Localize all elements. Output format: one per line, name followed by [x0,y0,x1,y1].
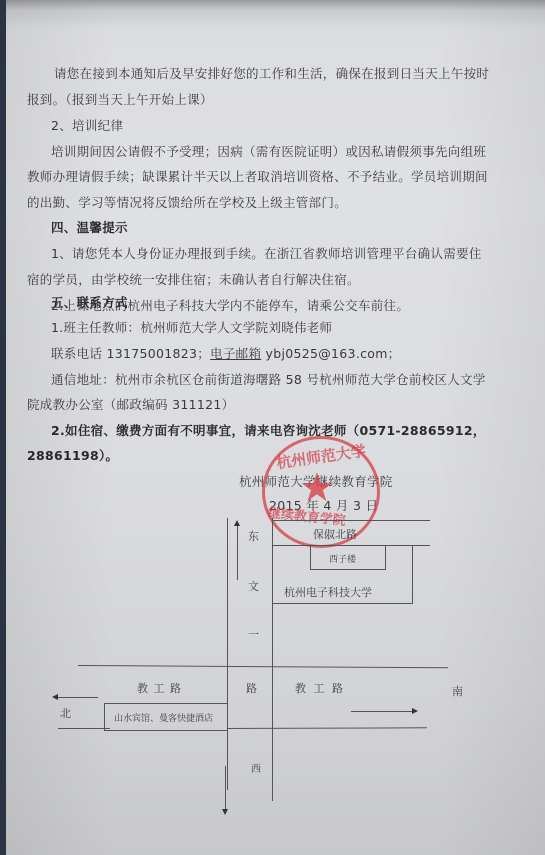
contact-phone-email: 联系电话 13175001823；电子邮箱 ybj0525@163.com； [51,344,400,362]
arrow-south-shaft [351,711,413,712]
contact2-line2: 28861198）。 [27,446,118,464]
road-label-jiaogong-left: 教 工 路 [137,680,182,696]
tip1-line1: 1、请您凭本人身份证办理报到手续。在浙江省教师培训管理平台确认需要住 [51,244,482,262]
paragraph-report-line2: 报到。（报到当天上午开始上课） [27,90,213,108]
contact2-line1: 2.如住宿、缴费方面有不明事宜，请来电咨询沈老师（0571-28865912， [51,421,486,439]
road-line-jiaogong-top [78,665,448,668]
tip1-line2: 宿的学员，由学校统一安排住宿；未确认者自行解决住宿。 [27,270,360,288]
road-char-1: 东 [248,528,259,544]
arrow-down-icon [222,809,228,815]
paragraph-discipline-line1: 培训期间因公请假不予受理；因病（需有医院证明）或因私请假须事先向组班 [51,142,486,160]
road-label-baochu: 保俶北路 [313,526,357,542]
arrow-up-icon [234,520,240,526]
building-xizi-label: 西子楼 [329,552,356,565]
arrow-left-icon [52,694,58,700]
direction-north: 北 [60,705,71,721]
direction-south: 南 [452,683,463,699]
road-char-4: 路 [246,680,257,696]
arrow-right-icon [412,708,418,714]
address-line2: 院成教办公室（邮政编码 311121） [27,395,234,413]
arrow-north-shaft [58,697,98,698]
heading-discipline: 2、培训纪律 [51,116,123,134]
arrow-down-shaft [225,766,226,810]
road-line-baochu-top [272,520,430,521]
arrow-up-shaft [237,525,238,580]
stamp-star-icon: ★ [299,468,335,508]
road-char-2: 文 [248,578,259,594]
document-page: 请您在接到本通知后及早安排好您的工作和生活，确保在报到日当天上午按时 报到。（报… [6,0,545,855]
road-line-jiaogong-bottom-left [58,728,110,729]
email-label: 电子邮箱 [210,346,261,361]
contact-phone: 联系电话 13175001823； [51,346,210,361]
contact-teacher: 1.班主任教师：杭州师范大学人文学院刘晓伟老师 [51,318,332,336]
heading-contact-label: 五、联系方式 [51,293,128,311]
road-char-3: 一 [248,626,259,642]
hotel-label: 山水宾馆、曼客快捷酒店 [114,711,213,724]
paragraph-report-line1: 请您在接到本通知后及早安排好您的工作和生活，确保在报到日当天上午按时 [54,64,489,82]
university-label: 杭州电子科技大学 [284,584,372,600]
paragraph-discipline-line3: 的出勤、学习等情况将反馈给所在学校及上级主管部门。 [27,193,347,211]
address-line1: 通信地址：杭州市余杭区仓前街道海曙路 58 号杭州师范大学仓前校区人文学 [51,370,486,388]
heading-tips: 四、温馨提示 [51,218,128,236]
paragraph-discipline-line2: 教师办理请假手续；缺课累计半天以上者取消培训资格、不予结业。学员培训期间 [27,167,488,185]
email-value: ybj0525@163.com； [261,346,400,361]
road-line-west [227,518,228,790]
road-line-jiaogong-bottom-right [227,727,427,729]
road-char-5: 西 [251,760,261,775]
road-label-jiaogong-right: 教 工 路 [295,680,345,696]
